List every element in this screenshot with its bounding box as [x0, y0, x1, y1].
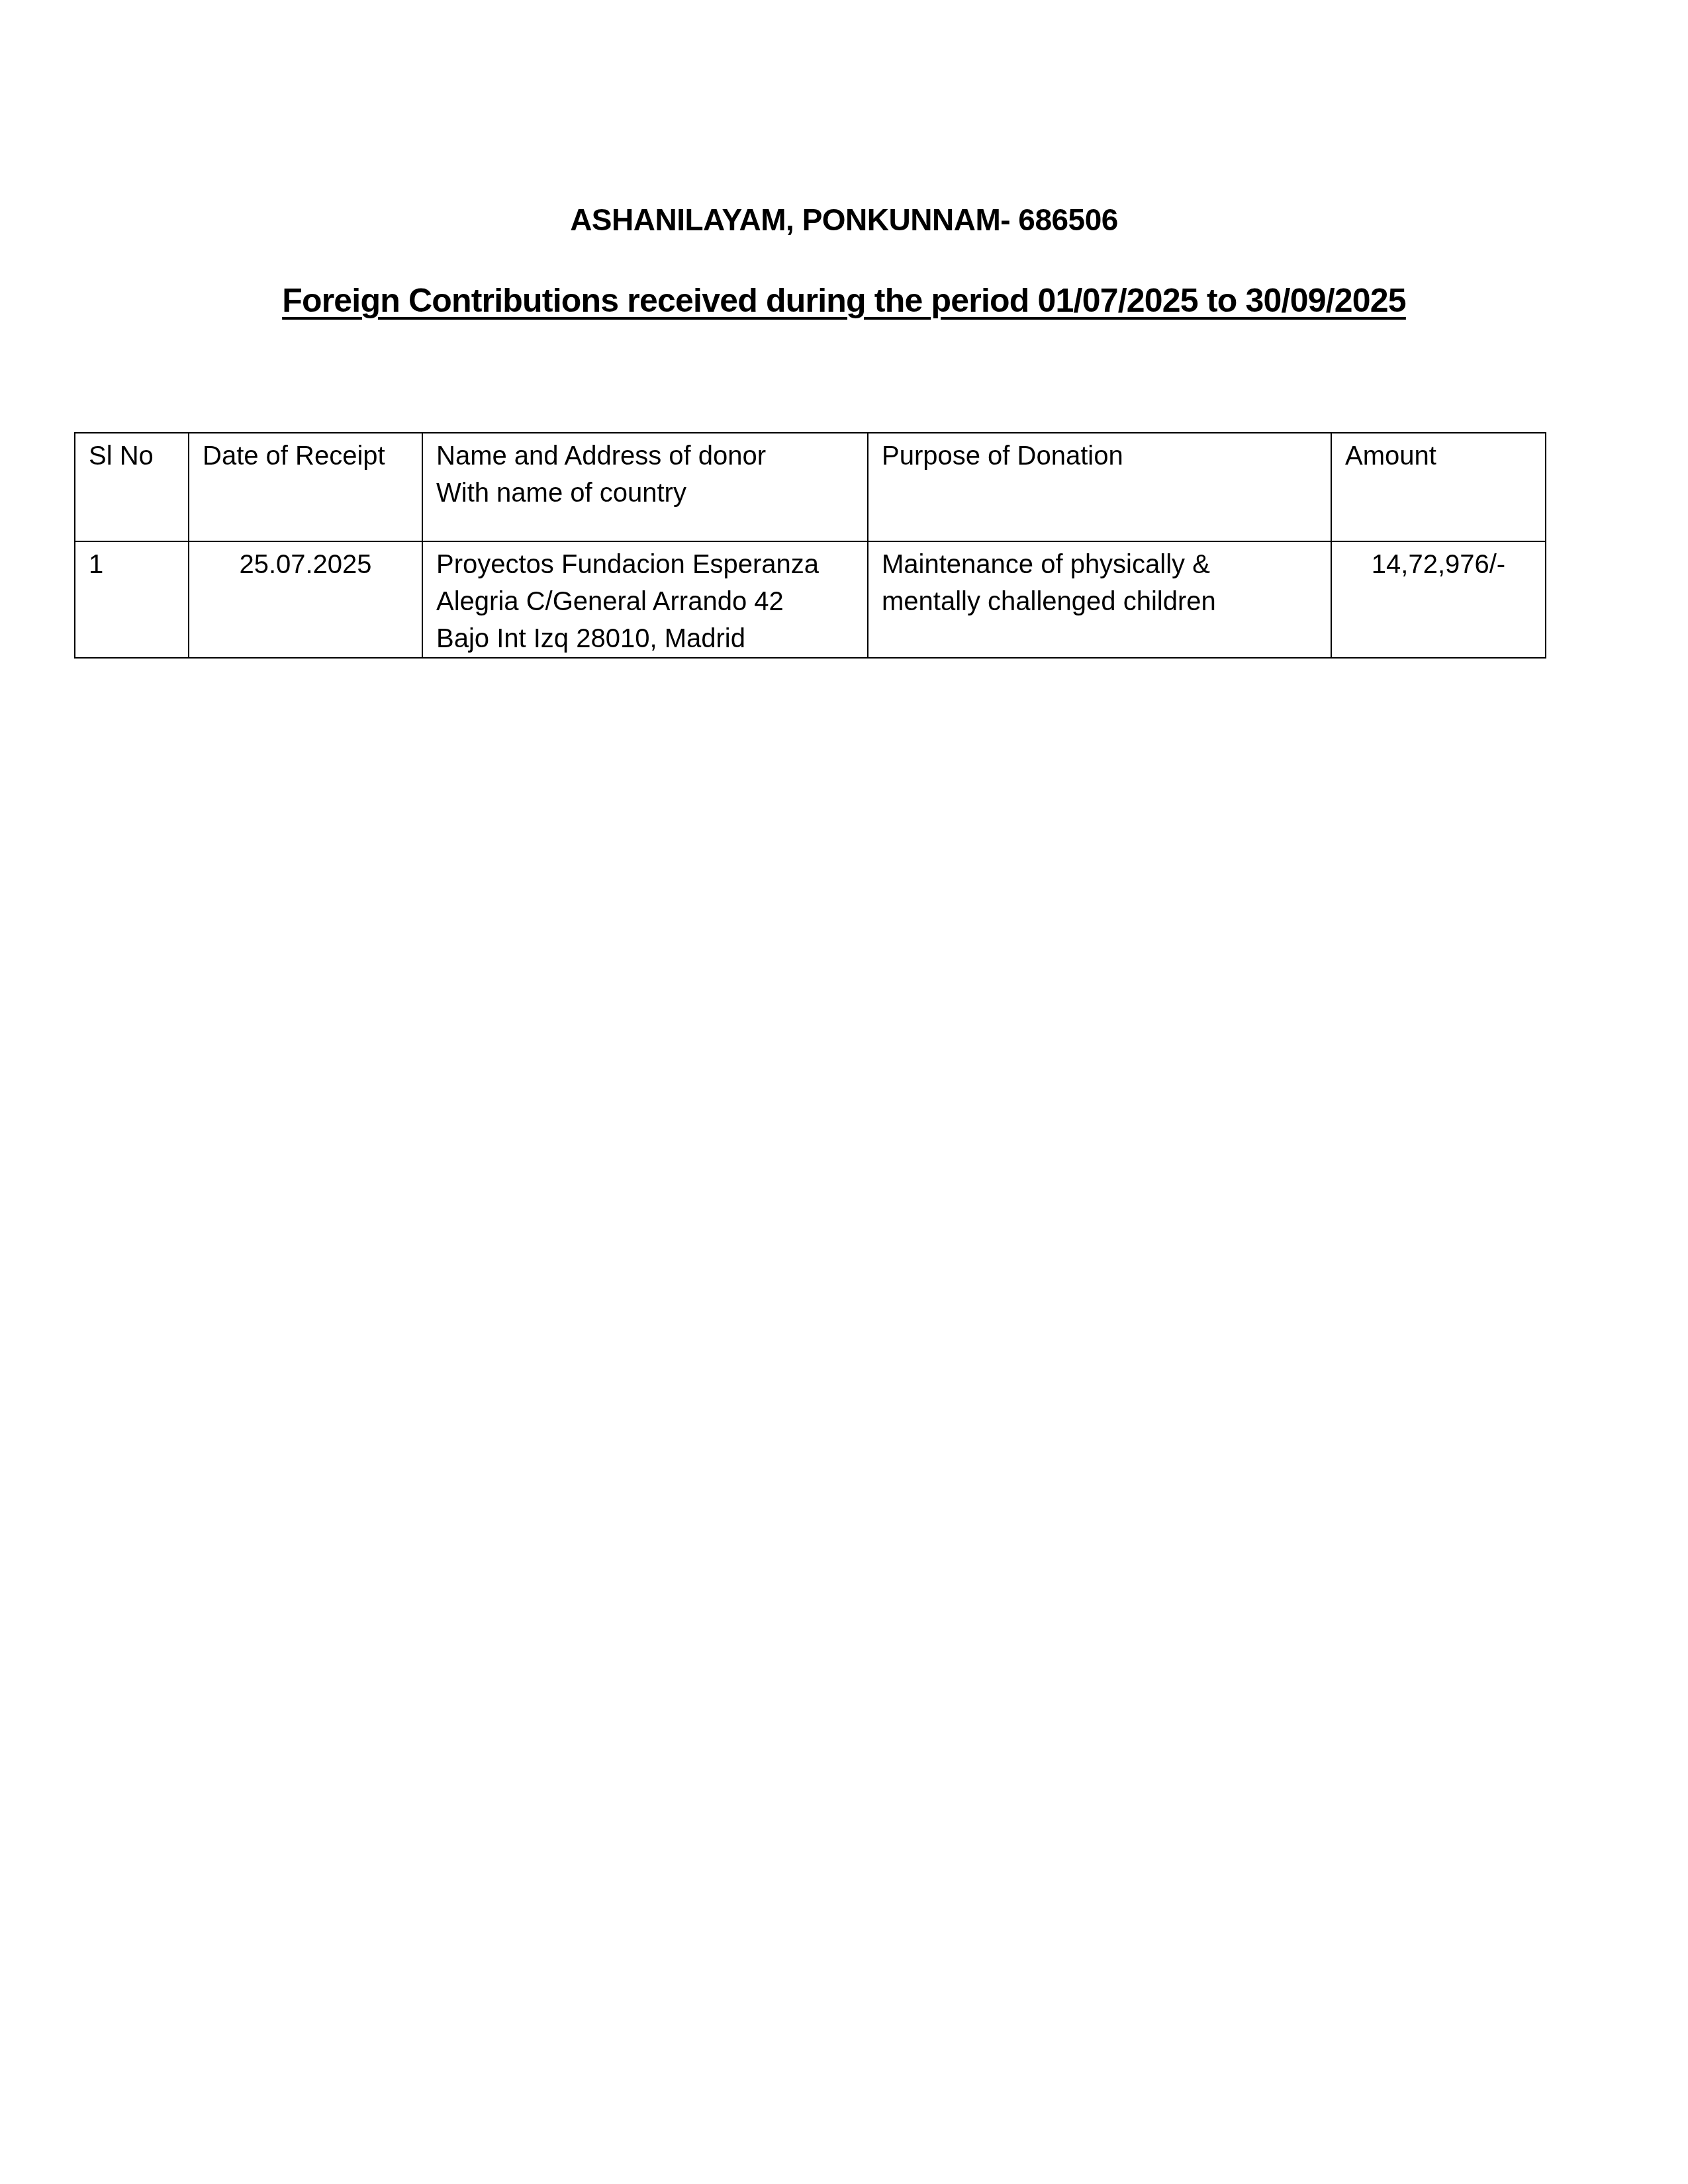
organization-title: ASHANILAYAM, PONKUNNAM- 686506 — [0, 202, 1688, 238]
table-row: 1 25.07.2025 Proyectos Fundacion Esperan… — [75, 541, 1546, 658]
period-title-text: Foreign Contributions received during th… — [282, 282, 1406, 319]
header-date-of-receipt: Date of Receipt — [189, 433, 422, 541]
cell-donor: Proyectos Fundacion Esperanza Alegria C/… — [422, 541, 868, 658]
period-title: Foreign Contributions received during th… — [0, 281, 1688, 320]
header-donor: Name and Address of donor With name of c… — [422, 433, 868, 541]
header-purpose: Purpose of Donation — [868, 433, 1331, 541]
cell-sl-no: 1 — [75, 541, 189, 658]
header-amount: Amount — [1331, 433, 1546, 541]
contributions-table: Sl No Date of Receipt Name and Address o… — [74, 432, 1546, 659]
header-sl-no: Sl No — [75, 433, 189, 541]
cell-amount: 14,72,976/- — [1331, 541, 1546, 658]
cell-date: 25.07.2025 — [189, 541, 422, 658]
cell-purpose: Maintenance of physically & mentally cha… — [868, 541, 1331, 658]
table-header-row: Sl No Date of Receipt Name and Address o… — [75, 433, 1546, 541]
